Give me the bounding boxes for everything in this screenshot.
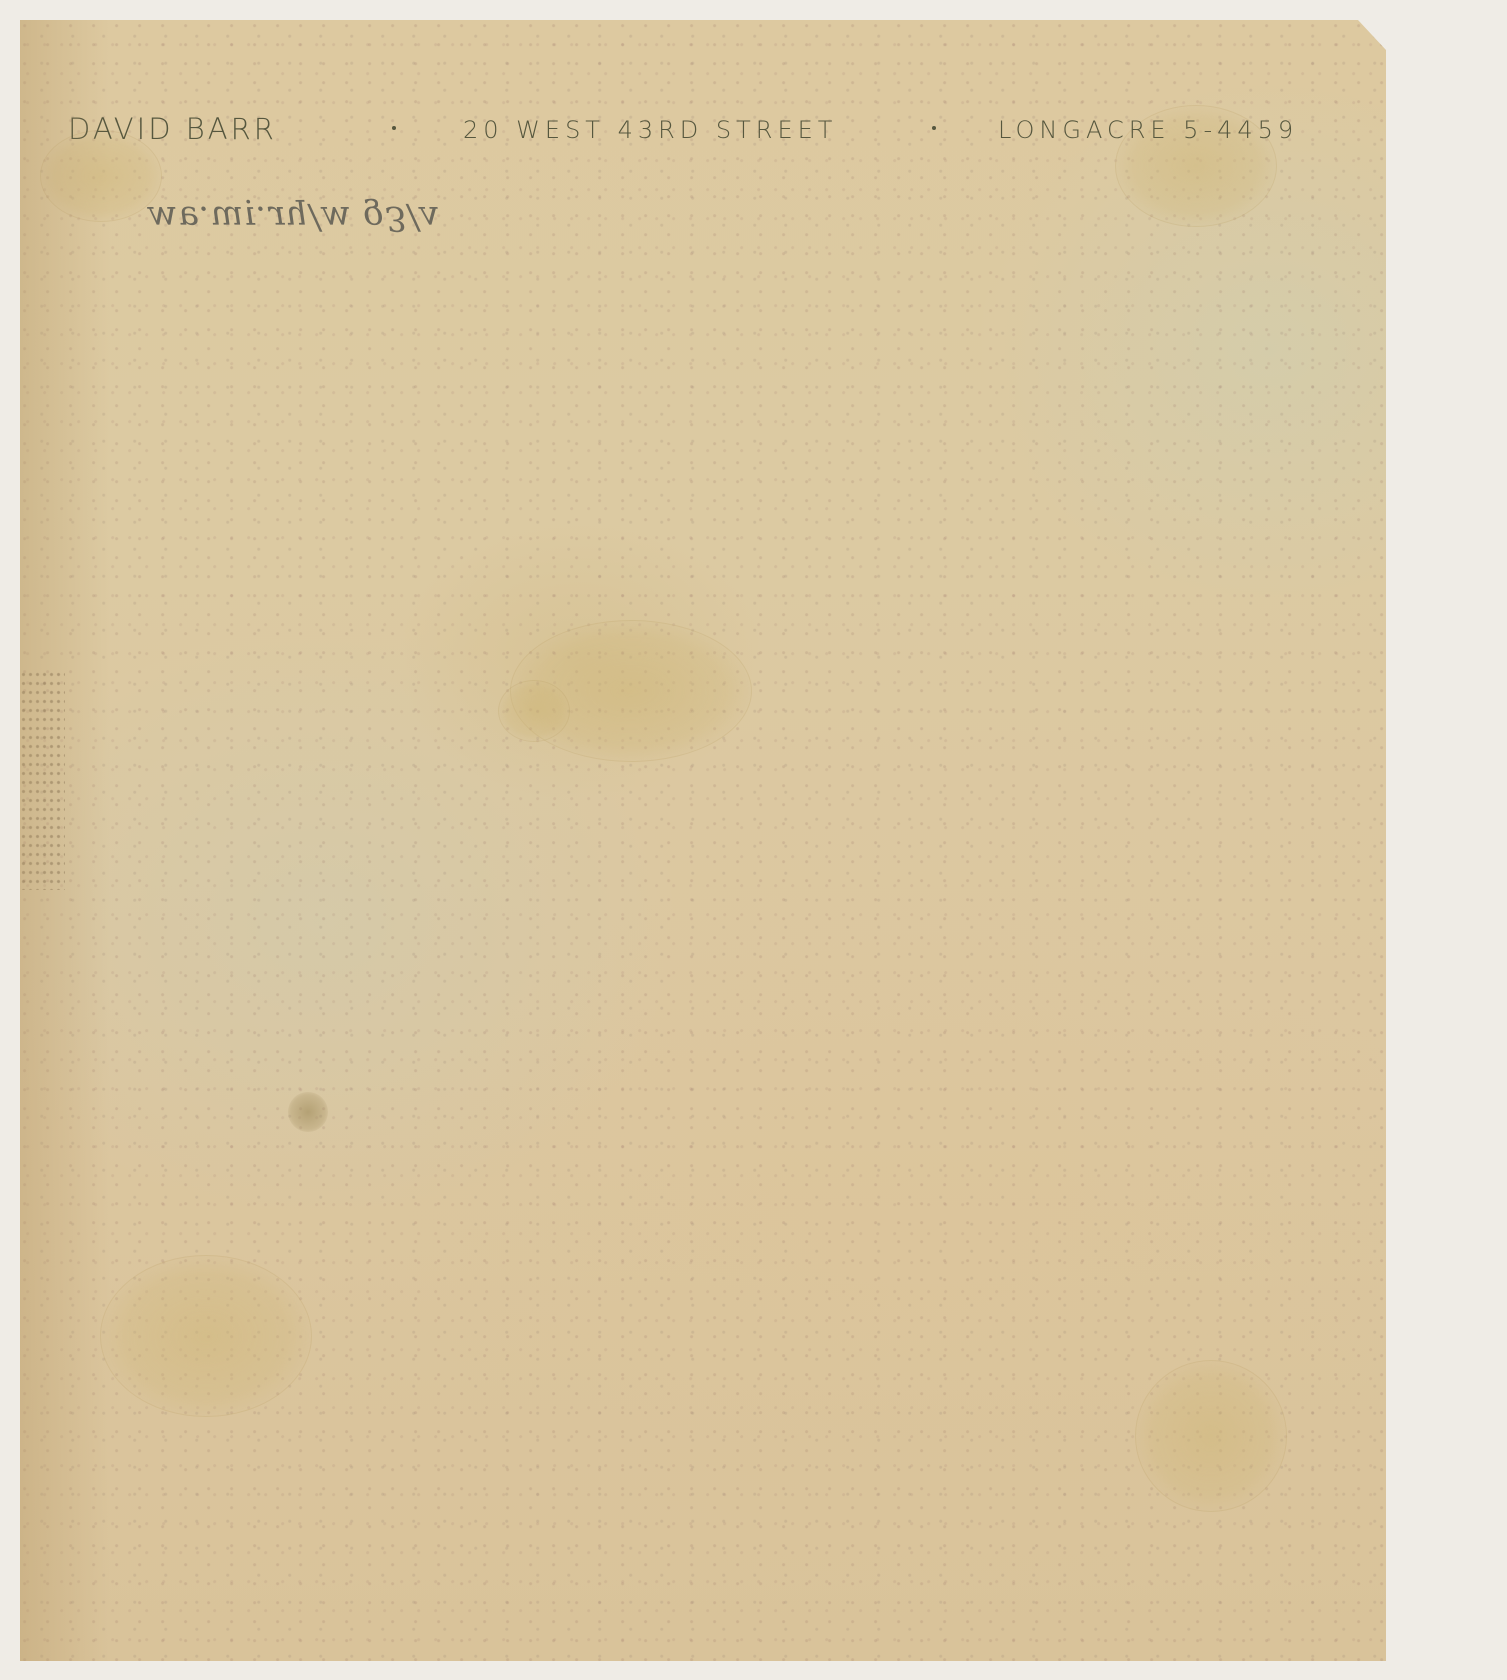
spot-left [288,1092,328,1132]
stain-center-small [498,680,570,742]
letterhead-phone: LONGACRE 5-4459 [998,116,1298,144]
letterhead: DAVID BARR 20 WEST 43RD STREET LONGACRE … [20,112,1386,152]
separator-dot [392,126,396,130]
handwritten-note: ʍɐ.ɯᴉ.ɹɥ/ʍ ƍ3/ʌ [145,198,443,238]
edge-foxing [20,670,65,890]
stain-lower-left [100,1255,312,1417]
stain-lower-right [1135,1360,1287,1512]
letterhead-name: DAVID BARR [68,112,277,146]
paper-sheet: DAVID BARR 20 WEST 43RD STREET LONGACRE … [20,20,1386,1661]
letterhead-address: 20 WEST 43RD STREET [463,116,837,144]
separator-dot [932,126,936,130]
